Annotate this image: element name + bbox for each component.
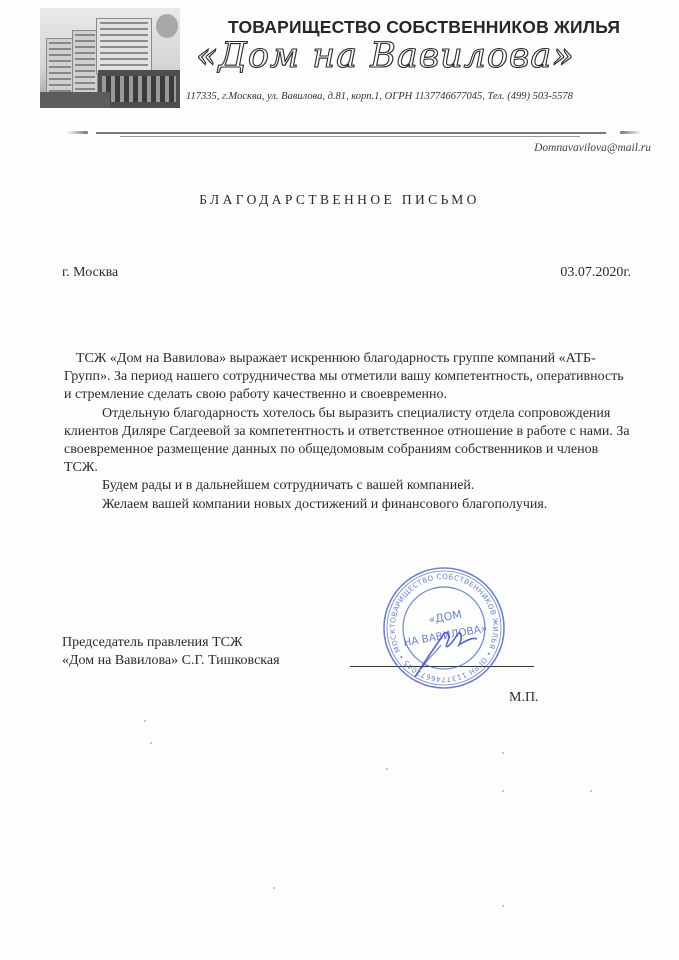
signer-name: «Дом на Вавилова» С.Г. Тишковская [62,652,280,670]
divider-line [120,136,580,137]
signer-title: Председатель правления ТСЖ [62,634,280,652]
stamp-center-line2: НА ВАВИЛОВА» [403,623,489,650]
org-email: Domnavavilova@mail.ru [534,142,651,154]
paragraph: Отдельную благодарность хотелось бы выра… [64,405,634,478]
organization-stamp: ТОВАРИЩЕСТВО СОБСТВЕННИКОВ ЖИЛЬЯ • ОГРН … [381,565,507,691]
org-name: «Дом на Вавилова» [196,36,666,76]
letter-date: 03.07.2020г. [560,265,631,281]
letter-body: ТСЖ «Дом на Вавилова» выражает искреннюю… [64,350,634,514]
building-base-windows [102,76,176,102]
stamp-icon: ТОВАРИЩЕСТВО СОБСТВЕННИКОВ ЖИЛЬЯ • ОГРН … [381,565,507,691]
scan-speck [273,887,275,889]
scan-speck [144,720,146,722]
divider-ornament [66,131,88,134]
scan-speck [502,752,504,754]
paragraph: Желаем вашей компании новых достижений и… [64,496,634,514]
stamp-place-label: М.П. [509,690,539,706]
letter-city: г. Москва [62,265,118,281]
scan-speck [150,742,152,744]
letter-page: ТОВАРИЩЕСТВО СОБСТВЕННИКОВ ЖИЛЬЯ «Дом на… [0,0,679,960]
stamp-center-line1: «ДОМ [428,608,463,627]
scan-speck [502,905,504,907]
building-ground [40,92,110,108]
building-windows [75,34,95,92]
paragraph: ТСЖ «Дом на Вавилова» выражает искреннюю… [64,350,634,405]
paragraph: Будем рады и в дальнейшем сотрудничать с… [64,477,634,495]
tree-shape [156,14,178,38]
org-address: 117335, г.Москва, ул. Вавилова, д.81, ко… [186,91,676,102]
document-title: БЛАГОДАРСТВЕННОЕ ПИСЬМО [0,192,679,208]
scan-speck [386,768,388,770]
building-photo [40,8,180,108]
signer-block: Председатель правления ТСЖ «Дом на Вавил… [62,634,280,670]
divider-line [96,132,606,134]
scan-speck [590,790,592,792]
divider-ornament [620,131,642,134]
building-windows [100,22,148,70]
scan-speck [502,790,504,792]
org-title: ТОВАРИЩЕСТВО СОБСТВЕННИКОВ ЖИЛЬЯ [228,17,668,38]
building-windows [49,42,71,94]
